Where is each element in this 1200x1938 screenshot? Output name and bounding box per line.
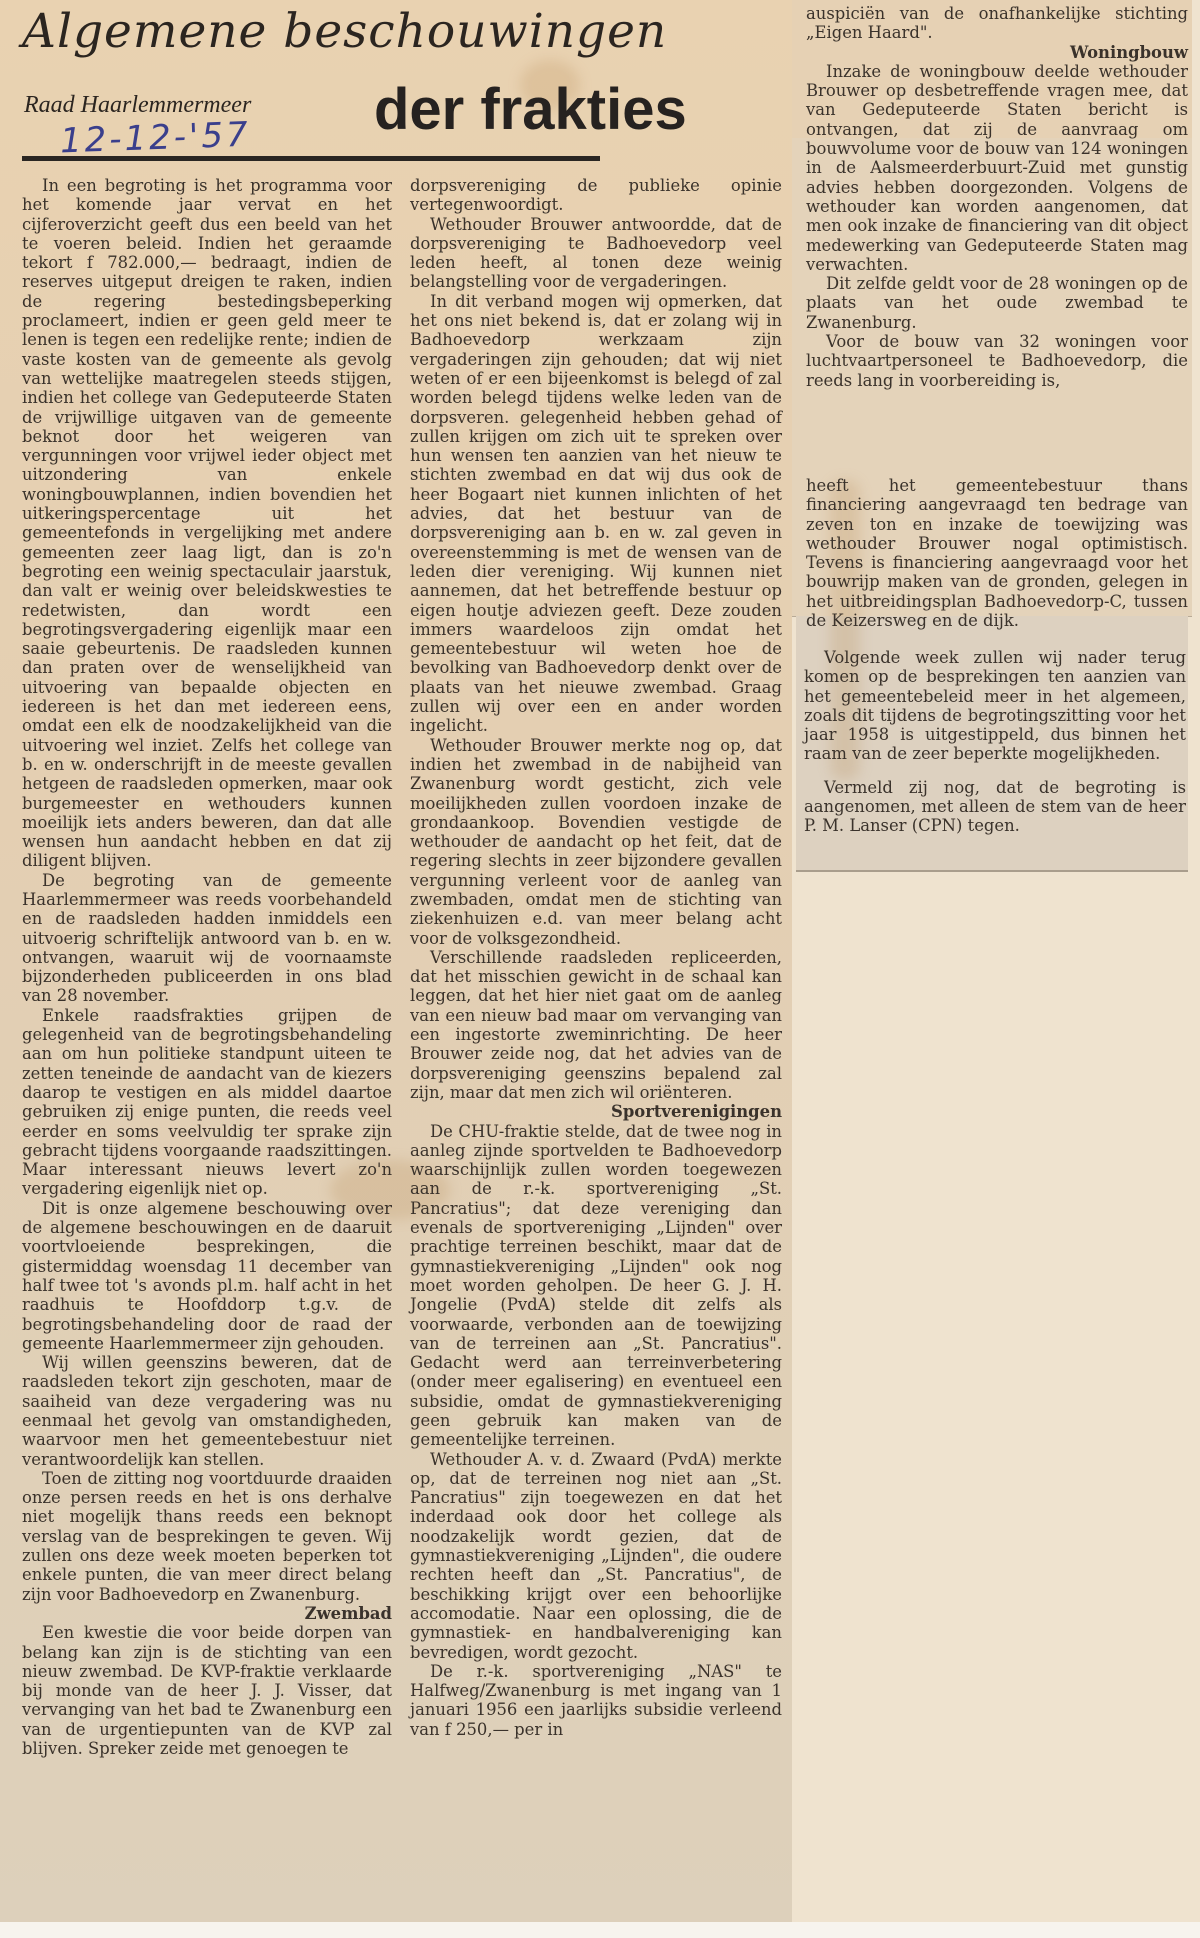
- article-column-1: In een begroting is het programma voor h…: [22, 176, 392, 1758]
- paragraph-continued: auspiciën van de onafhankelijke stichtin…: [806, 4, 1188, 43]
- paragraph: De begroting van de gemeente Haarlemmerm…: [22, 871, 392, 1006]
- section-subheading: Woningbouw: [806, 43, 1188, 62]
- paragraph: Wethouder Brouwer antwoordde, dat de dor…: [410, 215, 782, 292]
- paragraph: Wij willen geenszins beweren, dat de raa…: [22, 1353, 392, 1469]
- paragraph: Enkele raadsfrakties grijpen de gelegenh…: [22, 1006, 392, 1199]
- section-subheading: Zwembad: [22, 1604, 392, 1623]
- headline-title: Algemene beschouwingen: [22, 4, 667, 59]
- paragraph: Een kwestie die voor beide dorpen van be…: [22, 1623, 392, 1758]
- article-column-3-top: auspiciën van de onafhankelijke stichtin…: [806, 4, 1188, 390]
- paragraph-continued: heeft het gemeentebestuur thans financie…: [806, 476, 1188, 630]
- paragraph: De r.-k. sportvereniging „NAS" te Halfwe…: [410, 1662, 782, 1739]
- paragraph: In dit verband mogen wij opmerken, dat h…: [410, 292, 782, 736]
- paragraph: Dit zelfde geldt voor de 28 woningen op …: [806, 274, 1188, 332]
- article-column-3-bottom: Volgende week zullen wij nader terug kom…: [804, 648, 1186, 836]
- bottom-margin: [0, 1922, 1200, 1938]
- paragraph: Voor de bouw van 32 woningen voor luchtv…: [806, 332, 1188, 390]
- paragraph: Vermeld zij nog, dat de begroting is aan…: [804, 778, 1186, 836]
- article-column-2: dorpsvereniging de publieke opinie verte…: [410, 176, 782, 1739]
- paragraph: Wethouder A. v. d. Zwaard (PvdA) merkte …: [410, 1450, 782, 1662]
- paragraph: Inzake de woningbouw deelde wethouder Br…: [806, 62, 1188, 274]
- article-column-3-middle: heeft het gemeentebestuur thans financie…: [806, 476, 1188, 630]
- paragraph: Toen de zitting nog voortduurde draaiden…: [22, 1469, 392, 1604]
- handwritten-date: 12-12-'57: [59, 115, 251, 162]
- paragraph: De CHU-fraktie stelde, dat de twee nog i…: [410, 1122, 782, 1450]
- paragraph: In een begroting is het programma voor h…: [22, 176, 392, 871]
- paragraph: Volgende week zullen wij nader terug kom…: [804, 648, 1186, 764]
- paragraph: Wethouder Brouwer merkte nog op, dat ind…: [410, 736, 782, 948]
- paragraph-gap: [804, 764, 1186, 778]
- paragraph: Verschillende raadsleden repliceerden, d…: [410, 948, 782, 1102]
- paragraph-continued: dorpsvereniging de publieke opinie verte…: [410, 176, 782, 215]
- headline-main: der frakties: [374, 76, 687, 143]
- section-subheading: Sportverenigingen: [410, 1102, 782, 1121]
- headline-rule: [22, 156, 600, 161]
- paragraph: Dit is onze algemene beschouwing over de…: [22, 1199, 392, 1353]
